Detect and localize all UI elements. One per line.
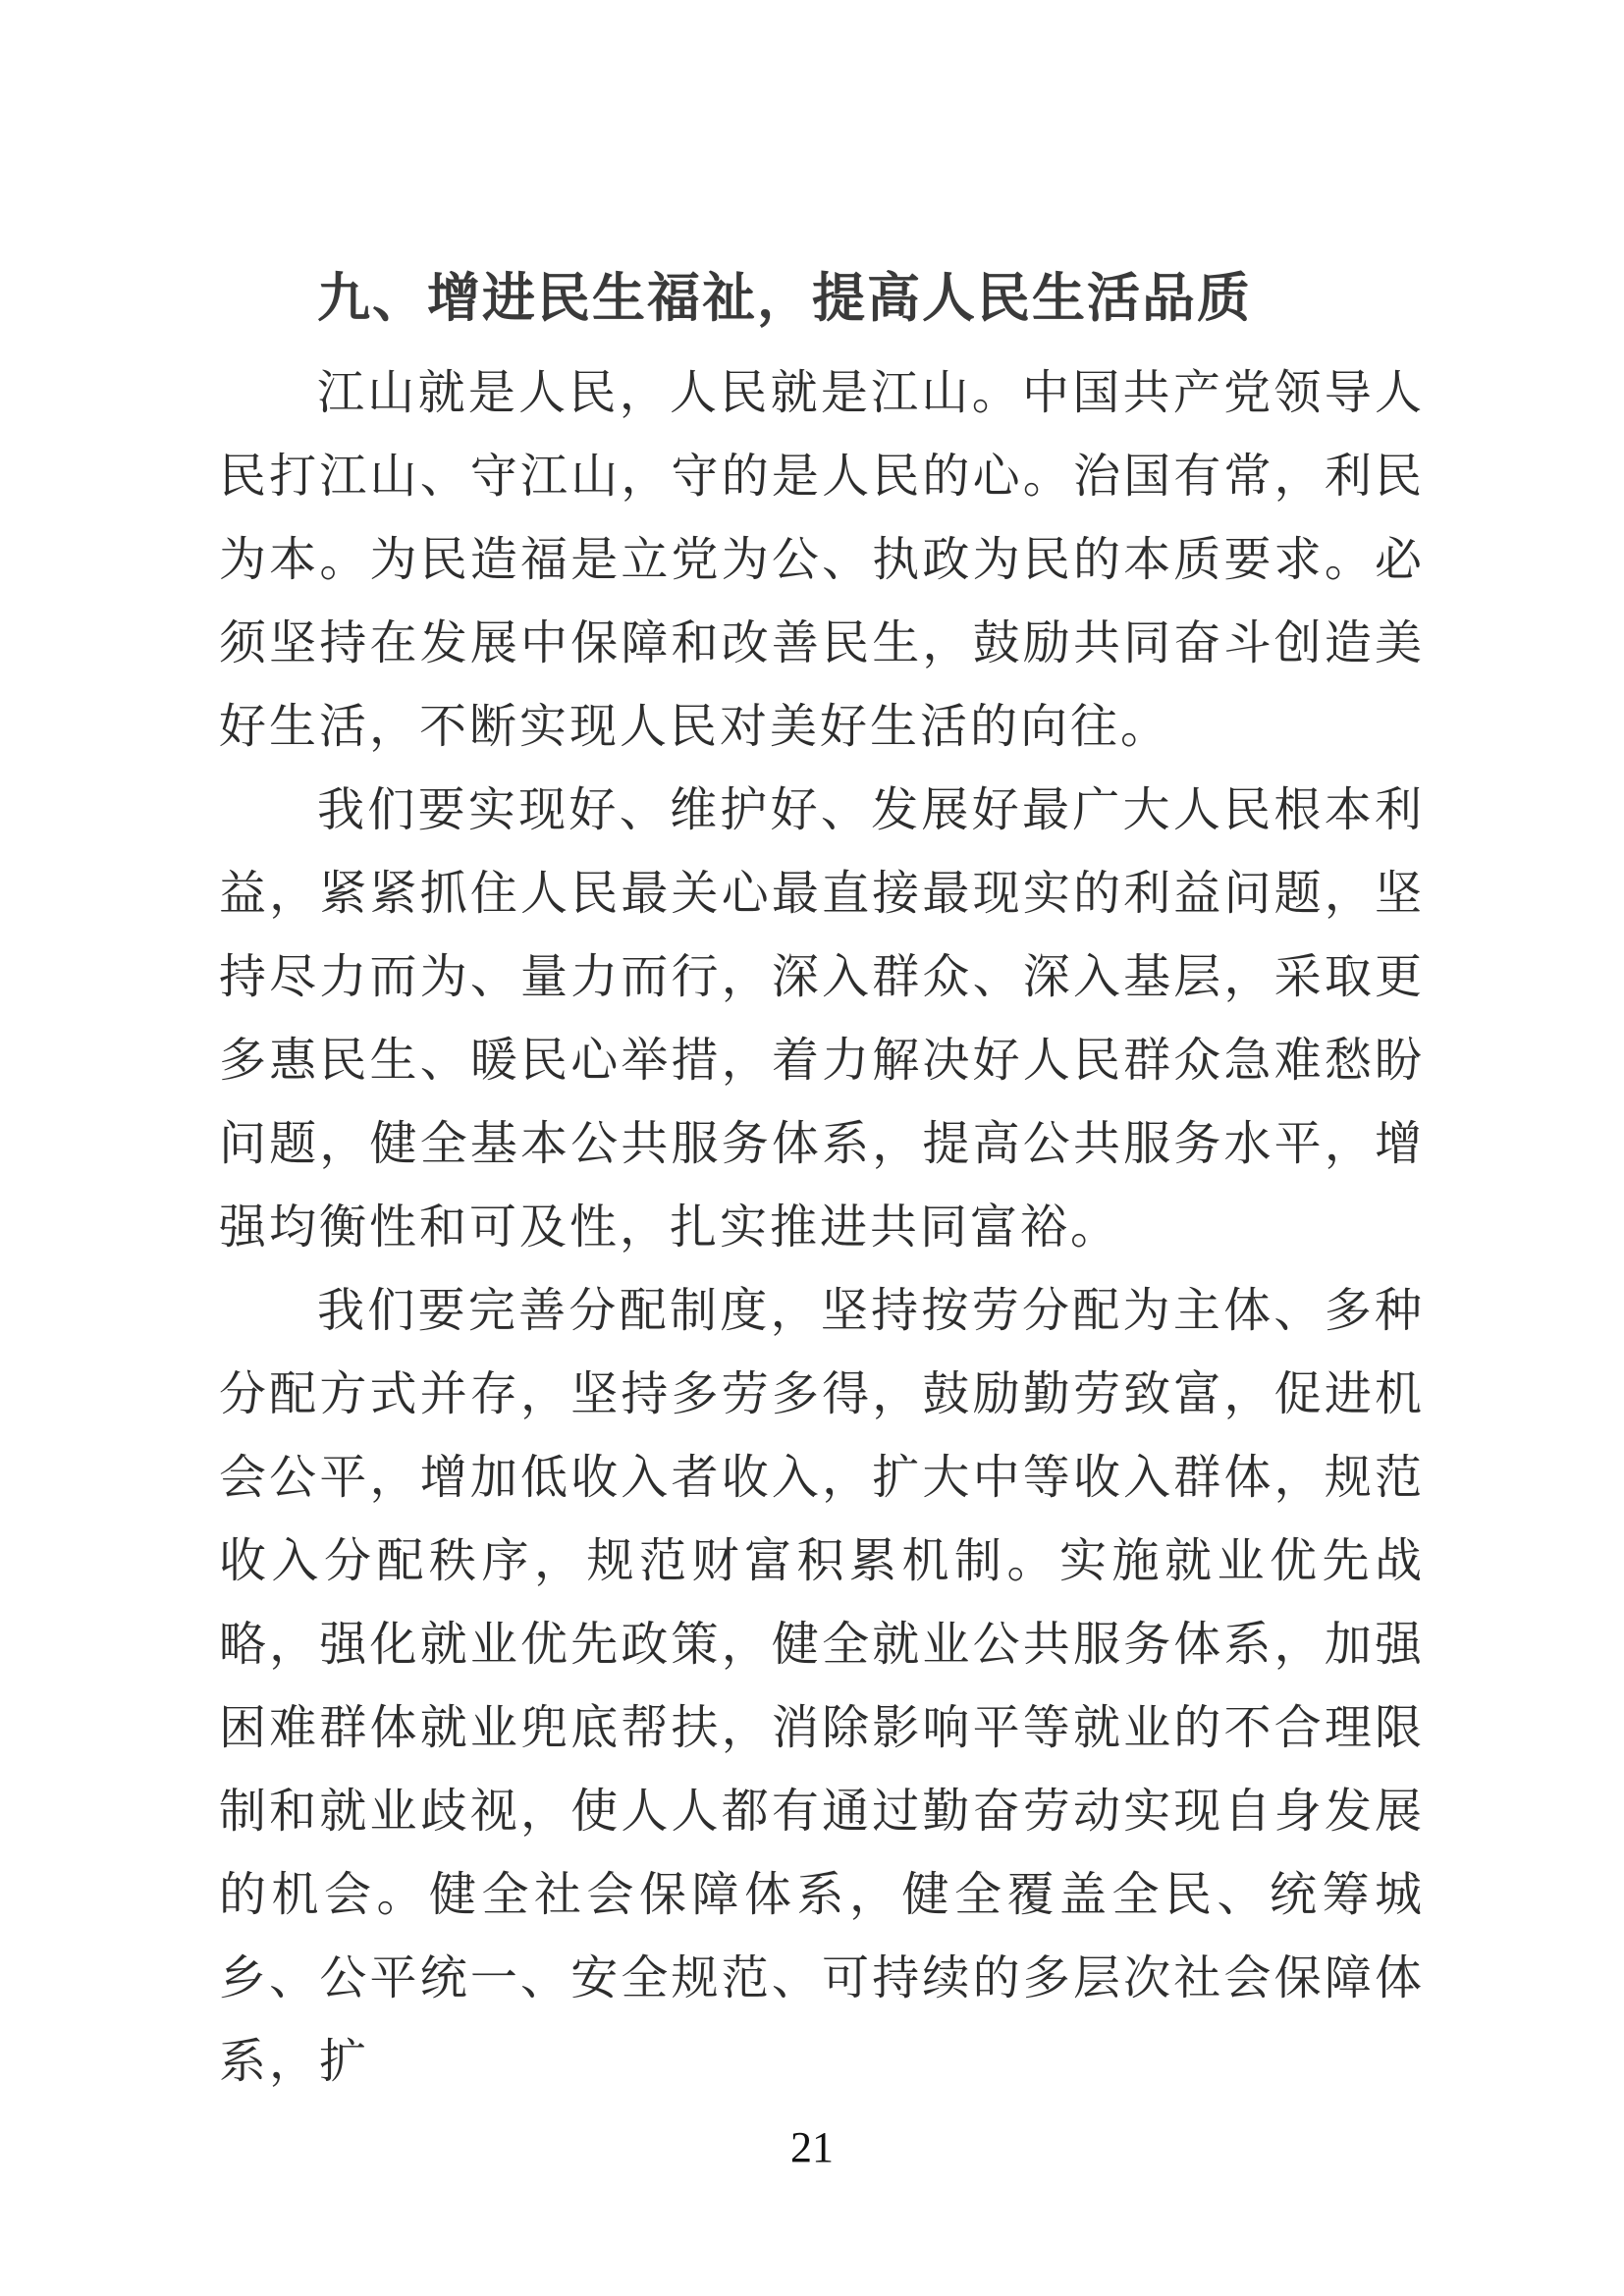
document-body: 九、增进民生福祉，提高人民生活品质 江山就是人民，人民就是江山。中国共产党领导人… xyxy=(219,253,1425,2104)
paragraph-1: 江山就是人民，人民就是江山。中国共产党领导人民打江山、守江山，守的是人民的心。治… xyxy=(219,351,1425,769)
page-footer: 21 xyxy=(0,2122,1624,2173)
document-page: 九、增进民生福祉，提高人民生活品质 江山就是人民，人民就是江山。中国共产党领导人… xyxy=(0,0,1624,2296)
paragraph-2: 我们要实现好、维护好、发展好最广大人民根本利益，紧紧抓住人民最关心最直接最现实的… xyxy=(219,769,1425,1269)
page-number: 21 xyxy=(790,2123,834,2171)
paragraph-3: 我们要完善分配制度，坚持按劳分配为主体、多种分配方式并存，坚持多劳多得，鼓励勤劳… xyxy=(219,1269,1425,2104)
section-heading: 九、增进民生福祉，提高人民生活品质 xyxy=(219,253,1425,344)
